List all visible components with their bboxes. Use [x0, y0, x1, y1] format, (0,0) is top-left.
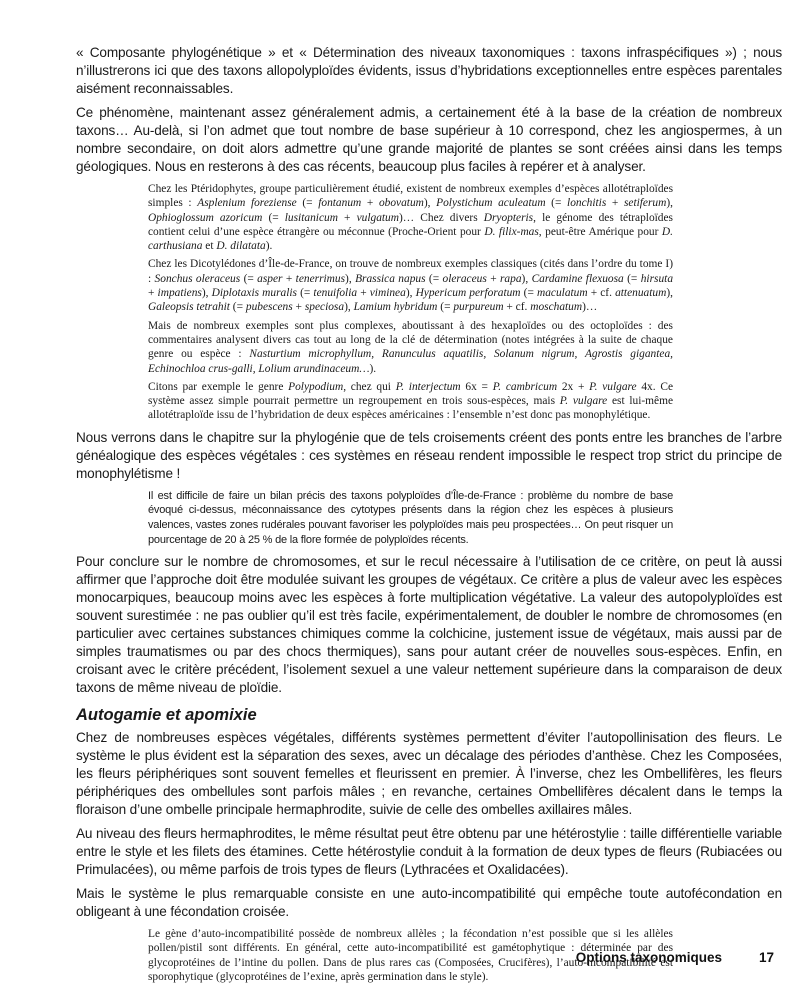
paragraph-2: Ce phénomène, maintenant assez généralem… — [76, 104, 782, 176]
note-complex-examples: Mais de nombreux exemples sont plus comp… — [148, 319, 673, 376]
note-census-text: Il est difficile de faire un bilan préci… — [148, 489, 673, 547]
note-block-polyploid-census: Il est difficile de faire un bilan préci… — [148, 489, 673, 547]
paragraph-3: Nous verrons dans le chapitre sur la phy… — [76, 429, 782, 483]
page-content: « Composante phylogénétique » et « Déter… — [76, 44, 782, 990]
note-polypodium: Citons par exemple le genre Polypodium, … — [148, 380, 673, 423]
running-footer-chapter: Options taxonomiques — [576, 950, 722, 965]
paragraph-7: Mais le système le plus remarquable cons… — [76, 885, 782, 921]
page-number: 17 — [759, 950, 774, 965]
paragraph-4: Pour conclure sur le nombre de chromosom… — [76, 553, 782, 697]
note-pteridophytes: Chez les Ptéridophytes, groupe particuli… — [148, 182, 673, 253]
note-dicotyledones: Chez les Dicotylédones d’Île-de-France, … — [148, 257, 673, 314]
paragraph-1: « Composante phylogénétique » et « Déter… — [76, 44, 782, 98]
paragraph-6: Au niveau des fleurs hermaphrodites, le … — [76, 825, 782, 879]
section-title: Autogamie et apomixie — [76, 705, 782, 725]
note-block-polyploid-examples: Chez les Ptéridophytes, groupe particuli… — [148, 182, 673, 423]
paragraph-5: Chez de nombreuses espèces végétales, di… — [76, 729, 782, 819]
page-footer: Options taxonomiques 17 — [0, 950, 800, 970]
